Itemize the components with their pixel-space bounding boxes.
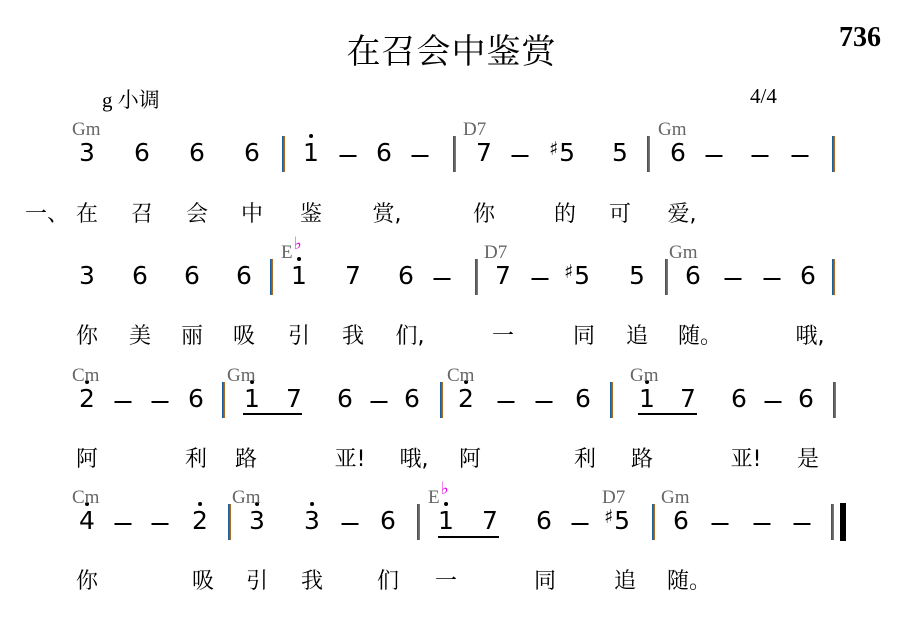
lyric-syllable: 一 (492, 319, 514, 350)
final-barline (840, 503, 846, 541)
chord-label: E♭ (281, 242, 302, 264)
note: 6 (673, 506, 689, 535)
duration-dash (792, 155, 809, 157)
duration-dash (536, 401, 553, 403)
lyric-syllable: 们 (377, 564, 399, 595)
note: 6 (398, 261, 414, 290)
sharp-icon: ♯ (549, 138, 558, 160)
chord-label: Cm (447, 365, 474, 387)
lyric-syllable: 随。 (667, 564, 711, 595)
chord-label: D7 (463, 119, 486, 141)
barline (440, 382, 443, 418)
beam-underline (243, 413, 302, 415)
note: 7 (495, 261, 511, 290)
duration-dash (340, 155, 357, 157)
lyric-syllable: 的 (554, 197, 576, 228)
lyric-syllable: 亚! (335, 442, 366, 473)
chord-label: D7 (602, 487, 625, 509)
lyric-syllable: 同 (534, 564, 556, 595)
barline (833, 382, 836, 418)
note: 6 (800, 261, 816, 290)
duration-dash (532, 278, 549, 280)
duration-dash (115, 523, 132, 525)
flat-icon: ♭ (294, 234, 302, 253)
lyric-syllable: 爱, (668, 197, 697, 228)
barline (665, 259, 668, 295)
barline (831, 504, 834, 540)
lyric-syllable: 我 (342, 319, 364, 350)
note: 6 (685, 261, 701, 290)
note: 6 (134, 138, 150, 167)
lyric-syllable: 们, (396, 319, 425, 350)
note: 6 (376, 138, 392, 167)
hymn-title: 在召会中鉴赏 (0, 24, 903, 73)
flat-icon: ♭ (441, 479, 449, 498)
note: 6 (380, 506, 396, 535)
time-signature: 4/4 (750, 84, 777, 109)
barline (475, 259, 478, 295)
note: ♯5 (564, 261, 590, 290)
barline (228, 504, 231, 540)
lyric-syllable: 引 (288, 319, 310, 350)
barline (610, 382, 613, 418)
lyric-syllable: 一、 (25, 197, 69, 228)
barline (652, 504, 655, 540)
lyric-syllable: 丽 (181, 319, 203, 350)
chord-label: Gm (232, 487, 261, 509)
barline (222, 382, 225, 418)
lyric-syllable: 阿 (459, 442, 481, 473)
note: 2 (458, 384, 474, 413)
lyric-syllable: 是 (797, 442, 819, 473)
note: 7 (286, 384, 302, 413)
note: 3 (304, 506, 320, 535)
note: 6 (244, 138, 260, 167)
barline (832, 136, 835, 172)
lyric-syllable: 我 (301, 564, 323, 595)
note: 3 (79, 261, 95, 290)
chord-label: Gm (658, 119, 687, 141)
lyric-syllable: 你 (76, 319, 98, 350)
note: 4 (79, 506, 95, 535)
note: 6 (184, 261, 200, 290)
chord-label: E♭ (428, 487, 449, 509)
note: 6 (132, 261, 148, 290)
duration-dash (752, 155, 769, 157)
note: 1 (291, 261, 307, 290)
lyric-syllable: 追 (614, 564, 636, 595)
duration-dash (765, 401, 782, 403)
note: 6 (236, 261, 252, 290)
lyric-syllable: 亚! (731, 442, 762, 473)
note: 1 (438, 506, 454, 535)
note: 7 (680, 384, 696, 413)
duration-dash (712, 523, 729, 525)
lyric-syllable: 阿 (76, 442, 98, 473)
lyric-syllable: 随。 (678, 319, 722, 350)
beam-underline (638, 413, 697, 415)
lyric-syllable: 同 (573, 319, 595, 350)
lyric-syllable: 利 (574, 442, 596, 473)
note: 5 (629, 261, 645, 290)
chord-label: Gm (669, 242, 698, 264)
note: 6 (189, 138, 205, 167)
duration-dash (434, 278, 451, 280)
lyric-syllable: 鉴 (300, 197, 322, 228)
sharp-icon: ♯ (604, 506, 613, 528)
barline (282, 136, 285, 172)
octave-dot (309, 134, 313, 138)
chord-label: Cm (72, 365, 99, 387)
note: 1 (303, 138, 319, 167)
duration-dash (152, 523, 169, 525)
duration-dash (764, 278, 781, 280)
note: 6 (404, 384, 420, 413)
note: 7 (345, 261, 361, 290)
note: 3 (79, 138, 95, 167)
duration-dash (512, 155, 529, 157)
note: 7 (476, 138, 492, 167)
barline (270, 259, 273, 295)
note: 7 (482, 506, 498, 535)
note: ♯5 (604, 506, 630, 535)
chord-label: Gm (72, 119, 101, 141)
note: 2 (79, 384, 95, 413)
duration-dash (498, 401, 515, 403)
note: 1 (639, 384, 655, 413)
lyric-syllable: 召 (131, 197, 153, 228)
lyric-syllable: 利 (185, 442, 207, 473)
note: 6 (337, 384, 353, 413)
lyric-syllable: 哦, (796, 319, 825, 350)
barline (417, 504, 420, 540)
lyric-syllable: 引 (246, 564, 268, 595)
duration-dash (754, 523, 771, 525)
hymn-number: 736 (839, 22, 881, 54)
lyric-syllable: 吸 (233, 319, 255, 350)
chord-label: D7 (484, 242, 507, 264)
lyric-syllable: 你 (473, 197, 495, 228)
duration-dash (115, 401, 132, 403)
lyric-syllable: 会 (186, 197, 208, 228)
duration-dash (706, 155, 723, 157)
sharp-icon: ♯ (564, 261, 573, 283)
chord-label: Gm (630, 365, 659, 387)
lyric-syllable: 赏, (373, 197, 402, 228)
lyric-syllable: 你 (76, 564, 98, 595)
lyric-syllable: 可 (609, 197, 631, 228)
note: 2 (192, 506, 208, 535)
barline (647, 136, 650, 172)
note: 6 (536, 506, 552, 535)
lyric-syllable: 一 (435, 564, 457, 595)
duration-dash (371, 401, 388, 403)
lyric-syllable: 路 (631, 442, 653, 473)
lyric-syllable: 追 (626, 319, 648, 350)
chord-label: Cm (72, 487, 99, 509)
lyric-syllable: 美 (129, 319, 151, 350)
chord-label: Gm (227, 365, 256, 387)
duration-dash (725, 278, 742, 280)
key-signature: g 小调 (102, 84, 160, 114)
barline (832, 259, 835, 295)
duration-dash (572, 523, 589, 525)
note: 1 (244, 384, 260, 413)
note: ♯5 (549, 138, 575, 167)
octave-dot (310, 502, 314, 506)
note: 6 (731, 384, 747, 413)
note: 6 (670, 138, 686, 167)
barline (453, 136, 456, 172)
duration-dash (342, 523, 359, 525)
note: 6 (575, 384, 591, 413)
note: 5 (612, 138, 628, 167)
octave-dot (198, 502, 202, 506)
beam-underline (438, 536, 499, 538)
lyric-syllable: 路 (235, 442, 257, 473)
note: 6 (188, 384, 204, 413)
lyric-syllable: 吸 (192, 564, 214, 595)
lyric-syllable: 在 (76, 197, 98, 228)
lyric-syllable: 中 (241, 197, 263, 228)
note: 6 (798, 384, 814, 413)
lyric-syllable: 哦, (400, 442, 429, 473)
duration-dash (152, 401, 169, 403)
chord-label: Gm (661, 487, 690, 509)
duration-dash (794, 523, 811, 525)
note: 3 (249, 506, 265, 535)
duration-dash (412, 155, 429, 157)
